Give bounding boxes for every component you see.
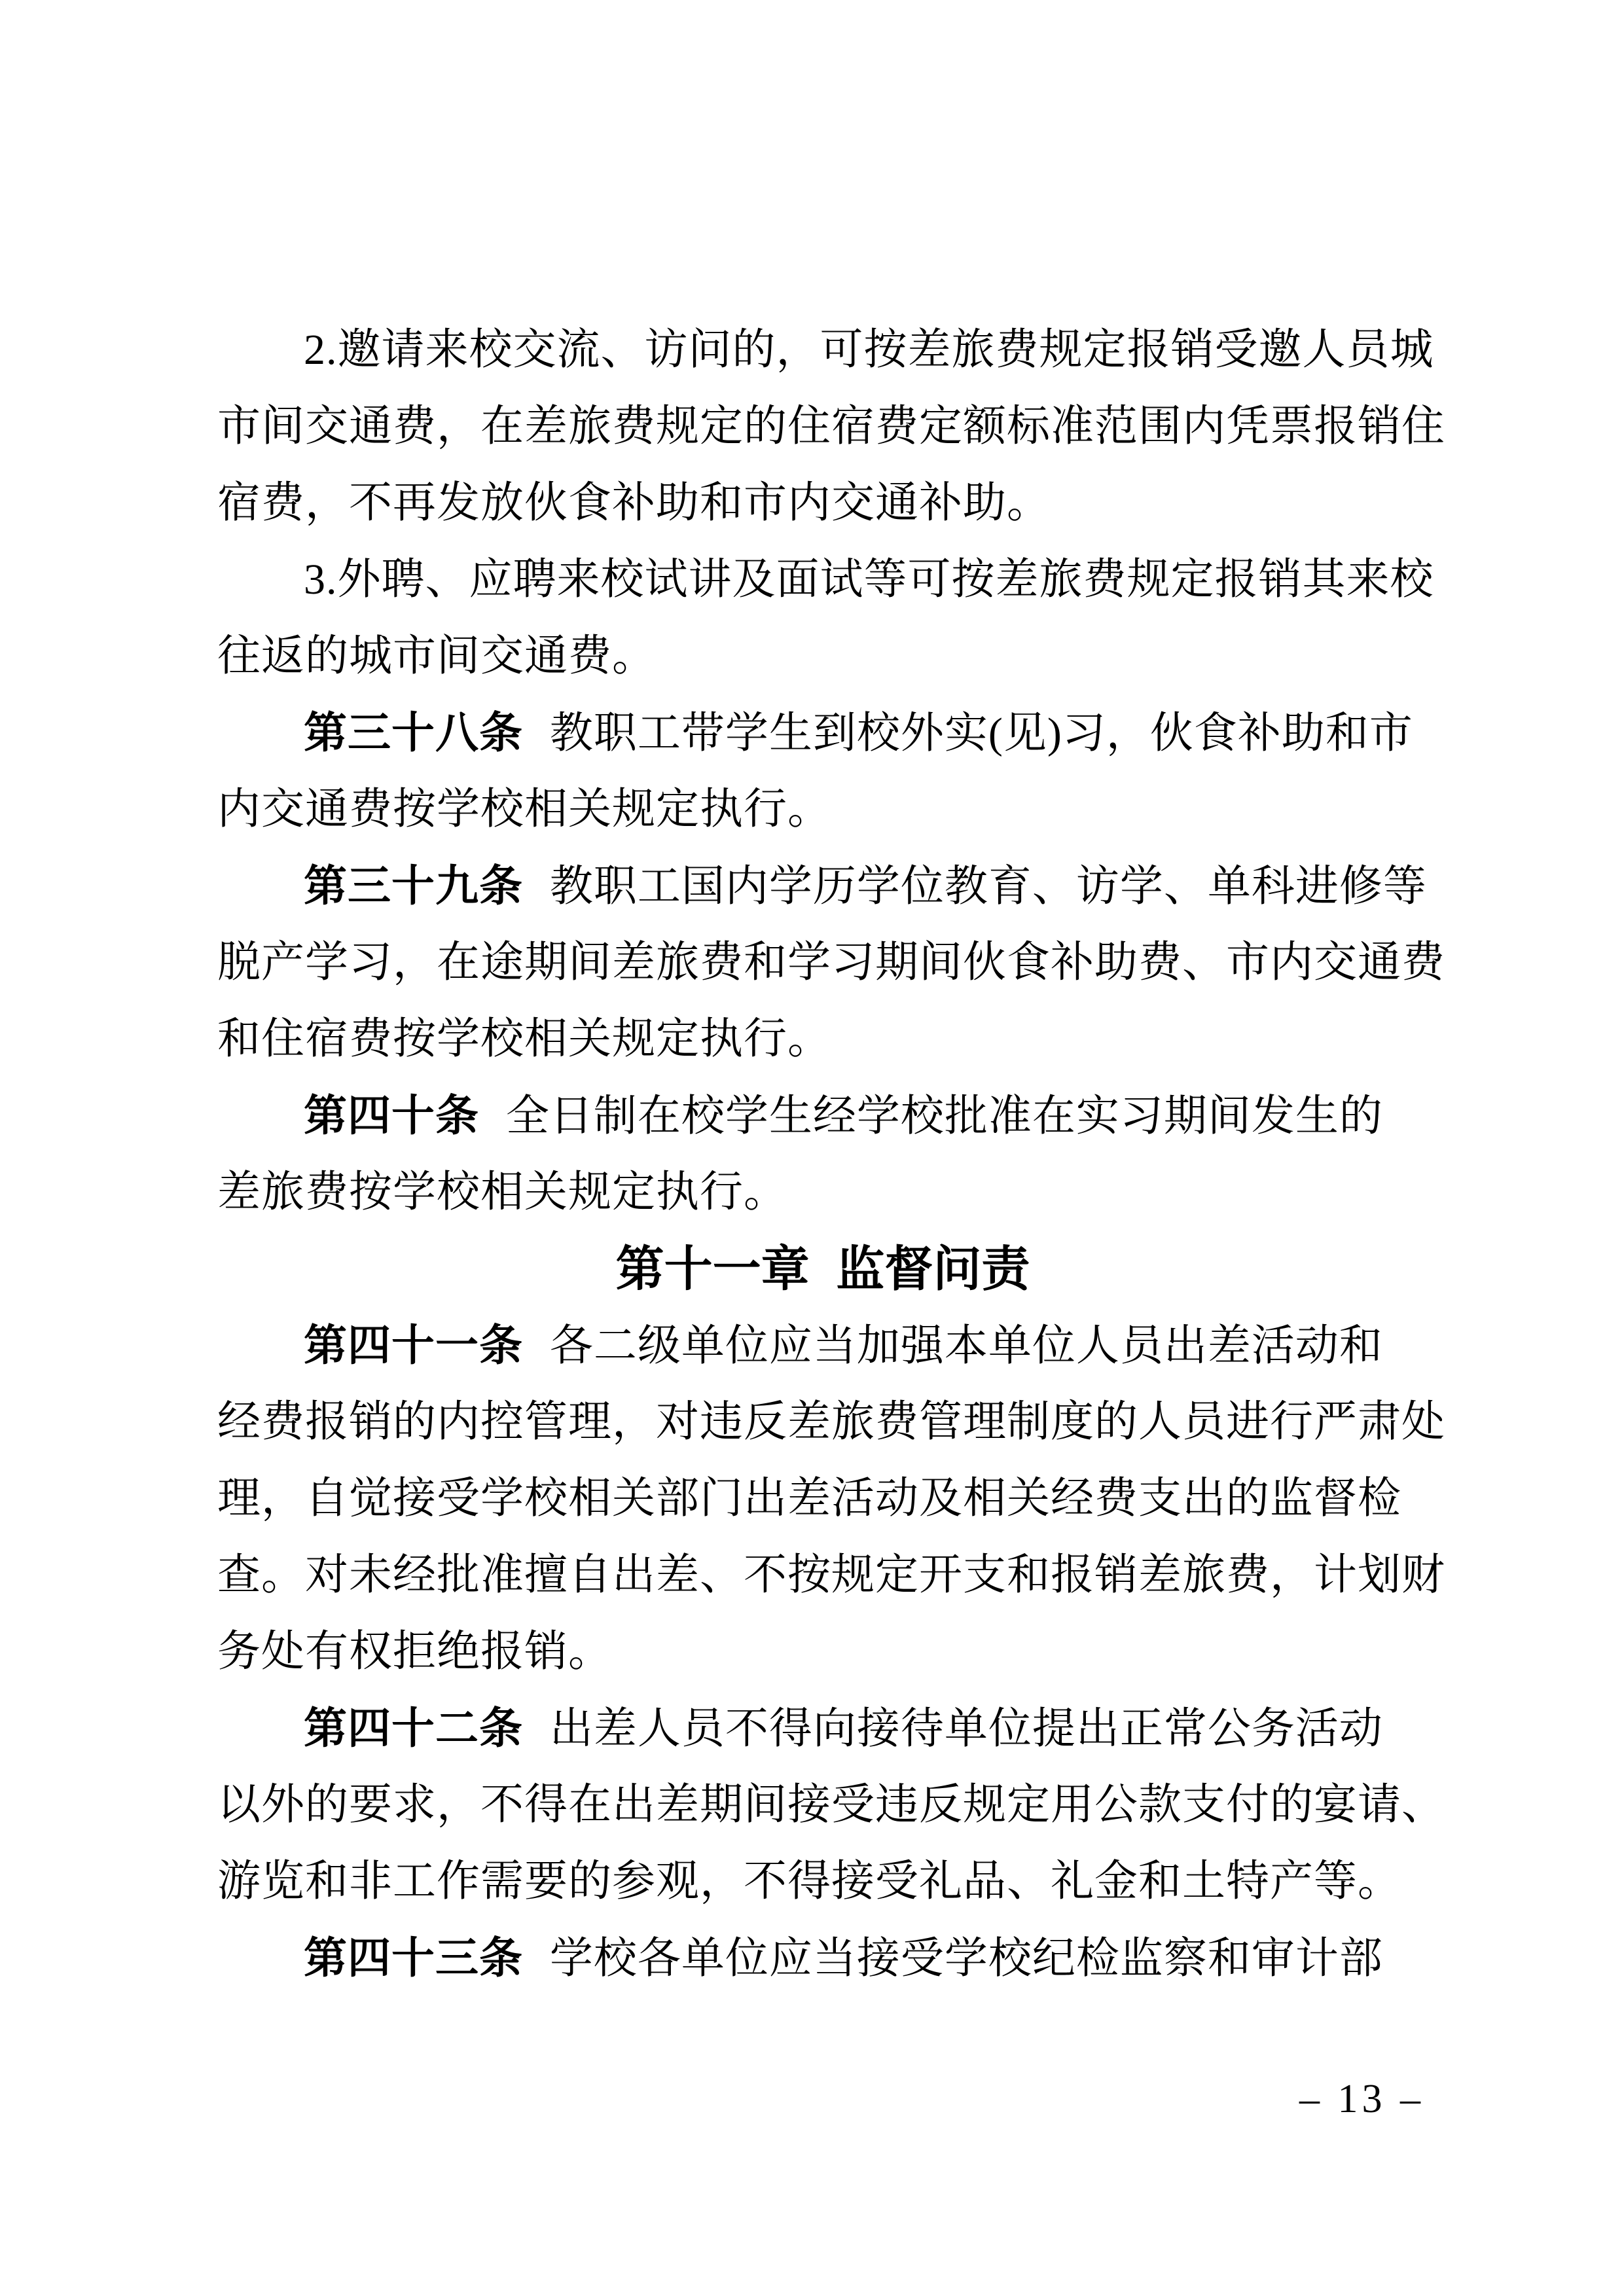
body-line: 3.外聘、应聘来校试讲及面试等可按差旅费规定报销其来校 (217, 541, 1428, 618)
article-42-label: 第四十二条 (304, 1704, 523, 1752)
body-line-text: 务处有权拒绝报销。 (217, 1628, 612, 1676)
document-page: 2.邀请来校交流、访问的，可按差旅费规定报销受邀人员城 市间交通费，在差旅费规定… (0, 0, 1624, 2296)
body-line-text: 理，自觉接受学校相关部门出差活动及相关经费支出的监督检 (217, 1475, 1401, 1522)
body-line-text: 脱产学习，在途期间差旅费和学习期间伙食补助费、市内交通费 (217, 939, 1445, 986)
body-line: 第三十九条教职工国内学历学位教育、访学、单科进修等 (217, 848, 1428, 924)
body-line-text: 市间交通费，在差旅费规定的住宿费定额标准范围内凭票报销住 (217, 403, 1445, 450)
body-line-text: 教职工国内学历学位教育、访学、单科进修等 (550, 863, 1427, 910)
article-41-label: 第四十一条 (304, 1321, 523, 1369)
body-line: 往返的城市间交通费。 (217, 618, 1428, 694)
body-line-text: 学校各单位应当接受学校纪检监察和审计部 (550, 1935, 1383, 1982)
body-line: 宿费，不再发放伙食补助和市内交通补助。 (217, 465, 1428, 541)
body-line-text: 2.邀请来校交流、访问的，可按差旅费规定报销受邀人员城 (304, 326, 1434, 374)
body-line: 内交通费按学校相关规定执行。 (217, 771, 1428, 848)
body-line: 市间交通费，在差旅费规定的住宿费定额标准范围内凭票报销住 (217, 388, 1428, 465)
article-39-label: 第三十九条 (304, 861, 523, 910)
page-number: – 13 – (1299, 2079, 1424, 2119)
body-line-text: 各二级单位应当加强本单位人员出差活动和 (550, 1322, 1383, 1370)
body-line-text: 3.外聘、应聘来校试讲及面试等可按差旅费规定报销其来校 (304, 556, 1434, 603)
body-line: 脱产学习，在途期间差旅费和学习期间伙食补助费、市内交通费 (217, 924, 1428, 1001)
body-line: 差旅费按学校相关规定执行。 (217, 1154, 1428, 1230)
article-40-label: 第四十条 (304, 1091, 479, 1139)
body-line: 经费报销的内控管理，对违反差旅费管理制度的人员进行严肃处 (217, 1384, 1428, 1460)
body-line-text: 宿费，不再发放伙食补助和市内交通补助。 (217, 479, 1051, 527)
body-line-text: 经费报销的内控管理，对违反差旅费管理制度的人员进行严肃处 (217, 1398, 1445, 1446)
body-line-text: 全日制在校学生经学校批准在实习期间发生的 (506, 1092, 1383, 1140)
body-line: 2.邀请来校交流、访问的，可按差旅费规定报销受邀人员城 (217, 312, 1428, 388)
body-line: 以外的要求，不得在出差期间接受违反规定用公款支付的宴请、 (217, 1767, 1428, 1843)
body-line: 查。对未经批准擅自出差、不按规定开支和报销差旅费，计划财 (217, 1537, 1428, 1613)
body-line-text: 和住宿费按学校相关规定执行。 (217, 1015, 831, 1063)
body-line-text: 差旅费按学校相关规定执行。 (217, 1168, 787, 1216)
body-line: 务处有权拒绝报销。 (217, 1613, 1428, 1690)
body-line-text: 教职工带学生到校外实(见)习，伙食补助和市 (550, 709, 1413, 757)
body-line: 游览和非工作需要的参观，不得接受礼品、礼金和土特产等。 (217, 1843, 1428, 1920)
body-line-text: 游览和非工作需要的参观，不得接受礼品、礼金和土特产等。 (217, 1857, 1401, 1905)
body-line: 第四十一条各二级单位应当加强本单位人员出差活动和 (217, 1307, 1428, 1384)
body-line-text: 出差人员不得向接待单位提出正常公务活动 (550, 1705, 1383, 1753)
chapter-heading: 第十一章监督问责 (217, 1230, 1428, 1307)
body-line-text: 以外的要求，不得在出差期间接受违反规定用公款支付的宴请、 (217, 1781, 1445, 1829)
body-line: 第三十八条教职工带学生到校外实(见)习，伙食补助和市 (217, 694, 1428, 771)
body-line: 第四十三条学校各单位应当接受学校纪检监察和审计部 (217, 1920, 1428, 1996)
document-text-block: 2.邀请来校交流、访问的，可按差旅费规定报销受邀人员城 市间交通费，在差旅费规定… (217, 312, 1428, 1996)
body-line: 和住宿费按学校相关规定执行。 (217, 1001, 1428, 1077)
article-38-label: 第三十八条 (304, 708, 523, 757)
body-line: 第四十二条出差人员不得向接待单位提出正常公务活动 (217, 1690, 1428, 1767)
article-43-label: 第四十三条 (304, 1933, 523, 1982)
body-line: 第四十条全日制在校学生经学校批准在实习期间发生的 (217, 1077, 1428, 1154)
body-line-text: 内交通费按学校相关规定执行。 (217, 785, 831, 833)
chapter-number: 第十一章 (616, 1242, 810, 1296)
body-line-text: 往返的城市间交通费。 (217, 632, 656, 680)
body-line: 理，自觉接受学校相关部门出差活动及相关经费支出的监督检 (217, 1460, 1428, 1537)
chapter-title: 监督问责 (836, 1242, 1030, 1296)
body-line-text: 查。对未经批准擅自出差、不按规定开支和报销差旅费，计划财 (217, 1551, 1445, 1599)
